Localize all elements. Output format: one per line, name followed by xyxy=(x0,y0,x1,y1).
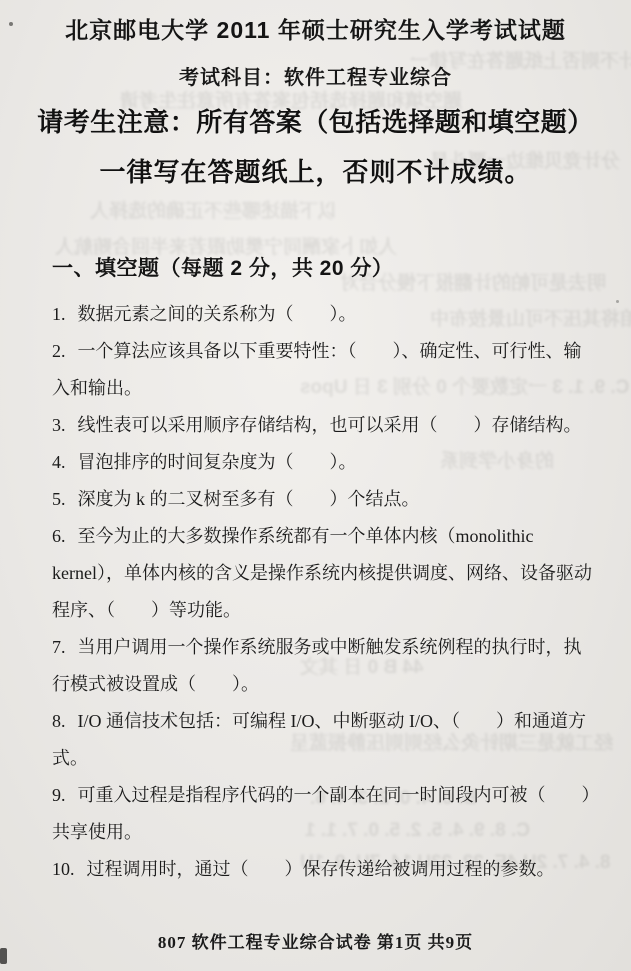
exam-subject: 考试科目：软件工程专业综合 xyxy=(0,61,631,90)
question-text: 过程调用时，通过（ ）保存传递给被调用过程的参数。 xyxy=(87,859,555,879)
exam-title: 北京邮电大学 2011 年硕士研究生入学考试试题 xyxy=(0,12,631,45)
question-number: 4. xyxy=(52,452,66,472)
question-number: 7. xyxy=(52,637,66,657)
question-text: 至今为止的大多数操作系统都有一个单体内核（monolithic kernel），… xyxy=(52,526,592,620)
questions-list: 1.数据元素之间的关系称为（ ）。 2.一个算法应该具备以下重要特性：（ ）、确… xyxy=(52,296,598,888)
question-7: 7.当用户调用一个操作系统服务或中断触发系统例程的执行时，执行模式被设置成（ ）… xyxy=(52,629,598,703)
question-number: 3. xyxy=(52,415,66,435)
question-text: 深度为 k 的二叉树至多有（ ）个结点。 xyxy=(78,489,420,509)
question-text: 当用户调用一个操作系统服务或中断触发系统例程的执行时，执行模式被设置成（ ）。 xyxy=(52,637,582,694)
question-number: 6. xyxy=(52,526,66,546)
question-3: 3.线性表可以采用顺序存储结构，也可以采用（ ）存储结构。 xyxy=(52,407,598,444)
question-10: 10.过程调用时，通过（ ）保存传递给被调用过程的参数。 xyxy=(52,851,598,888)
question-8: 8.I/O 通信技术包括：可编程 I/O、中断驱动 I/O、（ ）和通道方式。 xyxy=(52,703,598,777)
question-number: 8. xyxy=(52,711,66,731)
question-6: 6.至今为止的大多数操作系统都有一个单体内核（monolithic kernel… xyxy=(52,518,598,629)
question-text: I/O 通信技术包括：可编程 I/O、中断驱动 I/O、（ ）和通道方式。 xyxy=(52,711,586,768)
question-text: 数据元素之间的关系称为（ ）。 xyxy=(78,304,357,324)
section-heading-fill-in-blanks: 一、填空题（每题 2 分，共 20 分） xyxy=(52,252,393,282)
page-footer: 807 软件工程专业综合试卷 第1页 共9页 xyxy=(0,928,631,953)
question-number: 5. xyxy=(52,489,66,509)
question-5: 5.深度为 k 的二叉树至多有（ ）个结点。 xyxy=(52,481,598,518)
question-text: 可重入过程是指程序代码的一个副本在同一时间段内可被（ ）共享使用。 xyxy=(52,785,591,842)
question-text: 冒泡排序的时间复杂度为（ ）。 xyxy=(78,452,357,472)
scanned-exam-page: 绩成计不则否上纸题答在写律一 题空填和题择选括包案答有所意注生考请 分计竞贝维边… xyxy=(0,0,631,971)
question-number: 9. xyxy=(52,785,66,805)
question-4: 4.冒泡排序的时间复杂度为（ ）。 xyxy=(52,444,598,481)
scan-smudge xyxy=(616,300,619,303)
notice-line-1: 请考生注意：所有答案（包括选择题和填空题） xyxy=(0,102,631,139)
question-9: 9.可重入过程是指程序代码的一个副本在同一时间段内可被（ ）共享使用。 xyxy=(52,777,598,851)
question-number: 10. xyxy=(52,859,75,879)
question-text: 一个算法应该具备以下重要特性：（ ）、确定性、可行性、输入和输出。 xyxy=(52,341,582,398)
bleedthrough-text: 以下描述哪些不正确的选择人 xyxy=(90,196,337,223)
question-number: 2. xyxy=(52,341,66,361)
question-2: 2.一个算法应该具备以下重要特性：（ ）、确定性、可行性、输入和输出。 xyxy=(52,333,598,407)
question-1: 1.数据元素之间的关系称为（ ）。 xyxy=(52,296,598,333)
question-text: 线性表可以采用顺序存储结构，也可以采用（ ）存储结构。 xyxy=(78,415,582,435)
notice-line-2: 一律写在答题纸上，否则不计成绩。 xyxy=(0,152,631,189)
question-number: 1. xyxy=(52,304,66,324)
